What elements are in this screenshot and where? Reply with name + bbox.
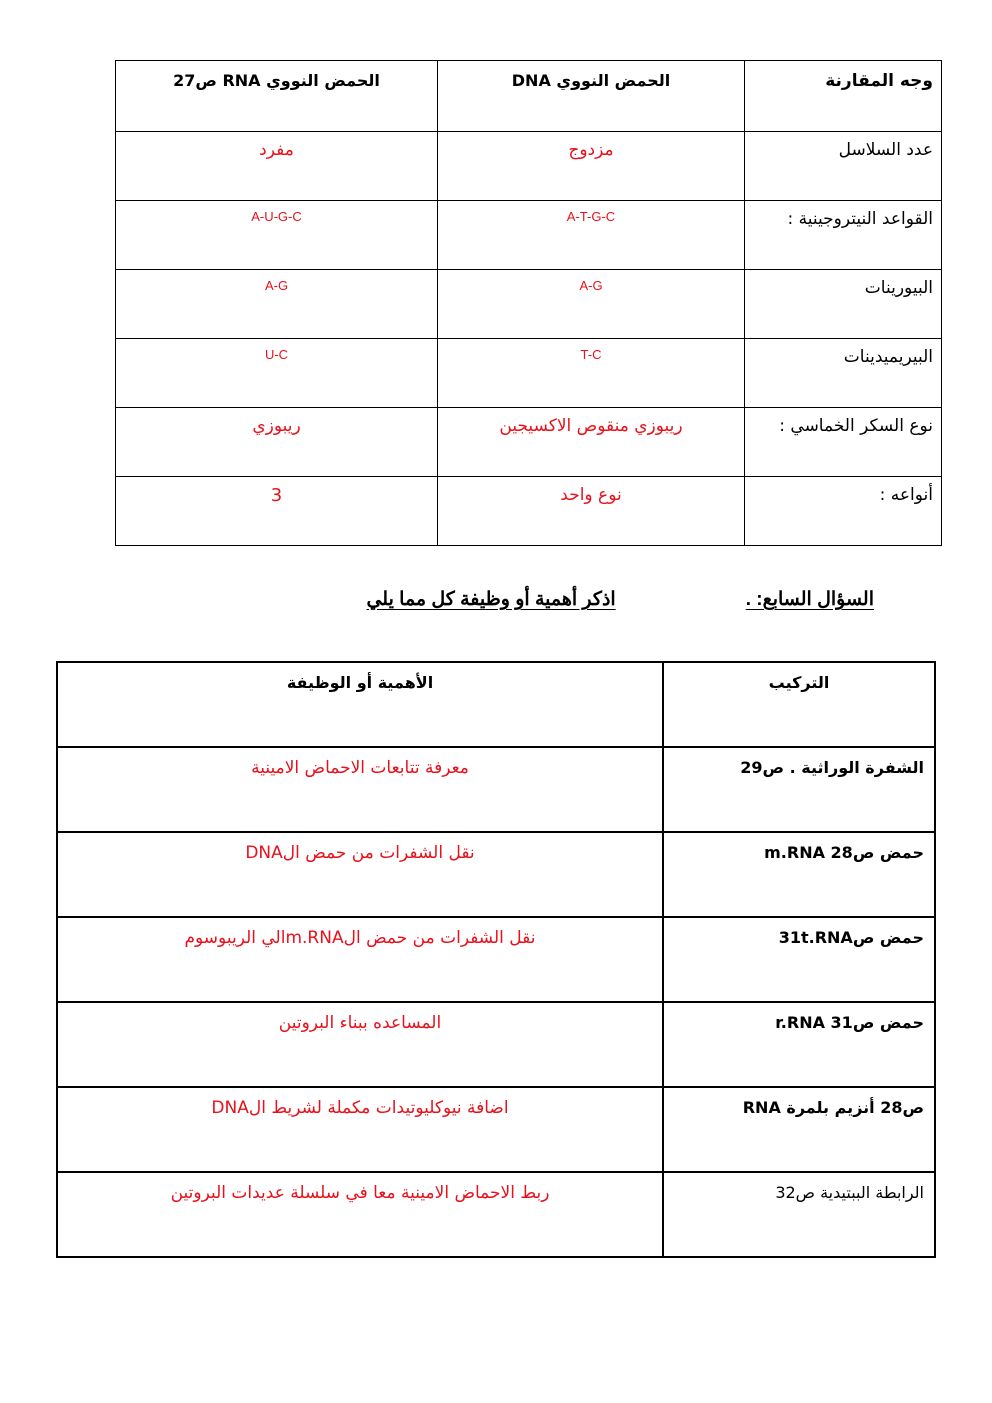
row-aspect: القواعد النيتروجينية :	[745, 201, 942, 270]
row-function: نقل الشفرات من حمض الDNA	[57, 832, 663, 917]
header-rna: الحمض النووي RNA ص27	[116, 61, 438, 132]
row-rna-value: A-G	[116, 270, 438, 339]
row-structure: حمض ص28 m.RNA	[663, 832, 935, 917]
row-structure: حمض ص31t.RNA	[663, 917, 935, 1002]
row-function: ربط الاحماض الامينية معا في سلسلة عديدات…	[57, 1172, 663, 1257]
question-label: السؤال السابع: .	[746, 589, 874, 610]
row-function: اضافة نيوكليوتيدات مكملة لشريط الDNA	[57, 1087, 663, 1172]
row-dna-value: نوع واحد	[438, 477, 745, 546]
row-dna-value: ريبوزي منقوص الاكسيجين	[438, 408, 745, 477]
table-row: ص28 أنزيم بلمرة RNA اضافة نيوكليوتيدات م…	[57, 1087, 935, 1172]
header-function: الأهمية أو الوظيفة	[57, 662, 663, 747]
row-structure: حمض ص31 r.RNA	[663, 1002, 935, 1087]
table-row: أنواعه : نوع واحد 3	[116, 477, 942, 546]
row-rna-value: A-U-G-C	[116, 201, 438, 270]
table-row: الرابطة الببتيدية ص32 ربط الاحماض الامين…	[57, 1172, 935, 1257]
row-dna-value: A-G	[438, 270, 745, 339]
row-rna-value: ريبوزي	[116, 408, 438, 477]
row-rna-value: U-C	[116, 339, 438, 408]
row-aspect: نوع السكر الخماسي :	[745, 408, 942, 477]
row-function: معرفة تتابعات الاحماض الامينية	[57, 747, 663, 832]
row-dna-value: A-T-G-C	[438, 201, 745, 270]
structure-function-table: التركيب الأهمية أو الوظيفة الشفرة الوراث…	[56, 661, 936, 1258]
row-rna-value: مفرد	[116, 132, 438, 201]
row-function: المساعده ببناء البروتين	[57, 1002, 663, 1087]
table-row: القواعد النيتروجينية : A-T-G-C A-U-G-C	[116, 201, 942, 270]
table-row: حمض ص31 r.RNA المساعده ببناء البروتين	[57, 1002, 935, 1087]
row-structure: الرابطة الببتيدية ص32	[663, 1172, 935, 1257]
table-header-row: وجه المقارنة الحمض النووي DNA الحمض النو…	[116, 61, 942, 132]
row-aspect: أنواعه :	[745, 477, 942, 546]
header-aspect: وجه المقارنة	[745, 61, 942, 132]
table-row: حمض ص28 m.RNA نقل الشفرات من حمض الDNA	[57, 832, 935, 917]
row-aspect: عدد السلاسل	[745, 132, 942, 201]
table-header-row: التركيب الأهمية أو الوظيفة	[57, 662, 935, 747]
header-dna: الحمض النووي DNA	[438, 61, 745, 132]
row-structure: ص28 أنزيم بلمرة RNA	[663, 1087, 935, 1172]
row-dna-value: مزدوج	[438, 132, 745, 201]
table-row: الشفرة الوراثية . ص29 معرفة تتابعات الاح…	[57, 747, 935, 832]
row-aspect: البيريميدينات	[745, 339, 942, 408]
row-dna-value: T-C	[438, 339, 745, 408]
question-heading: السؤال السابع: .اذكر أهمية أو وظيفة كل م…	[366, 588, 874, 611]
row-rna-value: 3	[116, 477, 438, 546]
question-prompt: اذكر أهمية أو وظيفة كل مما يلي	[366, 589, 615, 610]
table-row: البيريميدينات T-C U-C	[116, 339, 942, 408]
row-structure: الشفرة الوراثية . ص29	[663, 747, 935, 832]
row-aspect: البيورينات	[745, 270, 942, 339]
table-row: حمض ص31t.RNA نقل الشفرات من حمض الm.RNAا…	[57, 917, 935, 1002]
table-row: البيورينات A-G A-G	[116, 270, 942, 339]
header-structure: التركيب	[663, 662, 935, 747]
row-function: نقل الشفرات من حمض الm.RNAالي الريبوسوم	[57, 917, 663, 1002]
table-row: نوع السكر الخماسي : ريبوزي منقوص الاكسيج…	[116, 408, 942, 477]
dna-rna-comparison-table: وجه المقارنة الحمض النووي DNA الحمض النو…	[115, 60, 942, 546]
table-row: عدد السلاسل مزدوج مفرد	[116, 132, 942, 201]
